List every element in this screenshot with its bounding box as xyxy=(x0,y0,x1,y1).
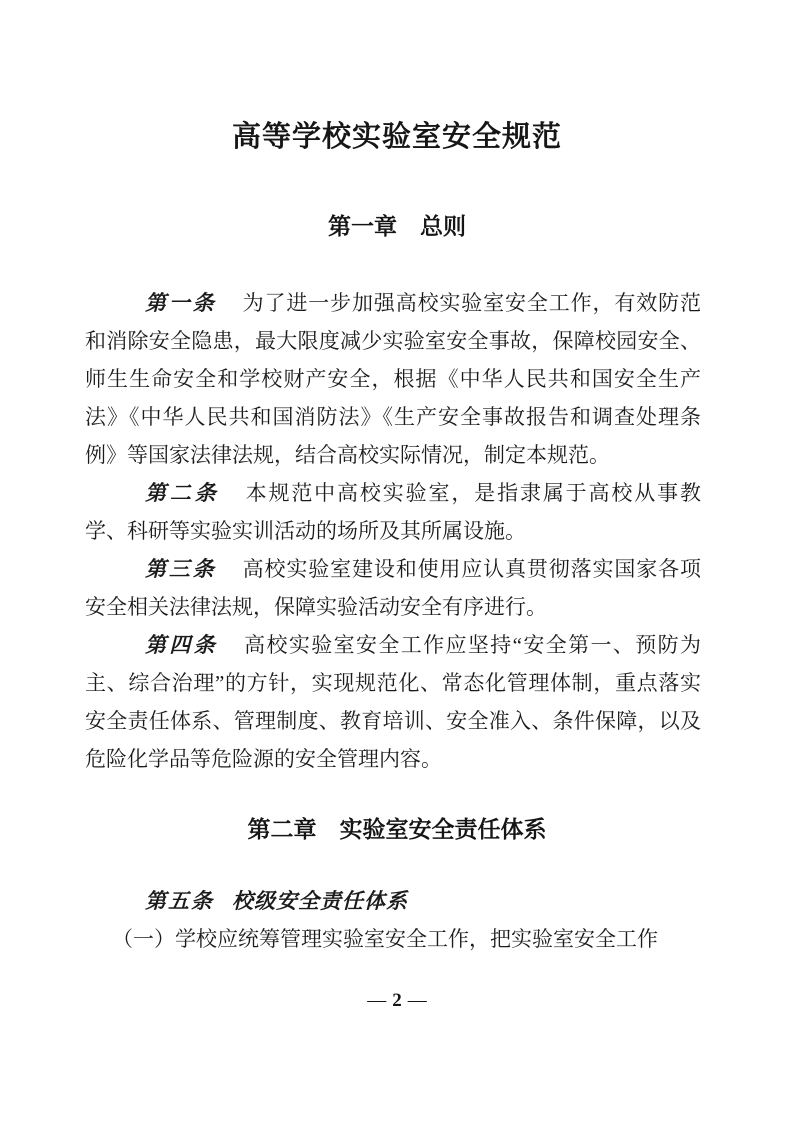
article-4-label: 第四条 xyxy=(145,633,218,657)
footer-left-dash: — xyxy=(367,990,386,1011)
chapter-1-body: 第一条为了进一步加强高校实验室安全工作，有效防范和消除安全隐患，最大限度减少实验… xyxy=(0,284,794,778)
article-5-heading: 第五条校级安全责任体系 xyxy=(85,882,701,920)
article-1-paragraph: 第一条为了进一步加强高校实验室安全工作，有效防范和消除安全隐患，最大限度减少实验… xyxy=(85,284,701,474)
footer-right-dash: — xyxy=(408,990,427,1011)
article-3-label: 第三条 xyxy=(145,557,217,581)
page-footer: —2— xyxy=(0,991,794,1011)
article-2-label: 第二条 xyxy=(145,481,220,505)
page-number: 2 xyxy=(386,990,408,1011)
document-page: 高等学校实验室安全规范 第一章 总则 第一条为了进一步加强高校实验室安全工作，有… xyxy=(0,0,794,1123)
article-5-item-1: （一）学校应统筹管理实验室安全工作，把实验室安全工作 xyxy=(85,920,701,958)
article-4-paragraph: 第四条高校实验室安全工作应坚持“安全第一、预防为主、综合治理”的方针，实现规范化… xyxy=(85,626,701,778)
document-title: 高等学校实验室安全规范 xyxy=(0,122,794,152)
article-5-title: 校级安全责任体系 xyxy=(232,889,408,913)
article-5-label: 第五条 xyxy=(145,889,214,913)
chapter-2-heading: 第二章 实验室安全责任体系 xyxy=(0,814,794,844)
article-3-paragraph: 第三条高校实验室建设和使用应认真贯彻落实国家各项安全相关法律法规，保障实验活动安… xyxy=(85,550,701,626)
article-1-text: 为了进一步加强高校实验室安全工作，有效防范和消除安全隐患，最大限度减少实验室安全… xyxy=(85,291,701,467)
chapter-2-body: 第五条校级安全责任体系 （一）学校应统筹管理实验室安全工作，把实验室安全工作 xyxy=(0,882,794,958)
chapter-1-heading: 第一章 总则 xyxy=(0,213,794,240)
article-2-paragraph: 第二条本规范中高校实验室，是指隶属于高校从事教学、科研等实验实训活动的场所及其所… xyxy=(85,474,701,550)
article-1-label: 第一条 xyxy=(145,291,217,315)
